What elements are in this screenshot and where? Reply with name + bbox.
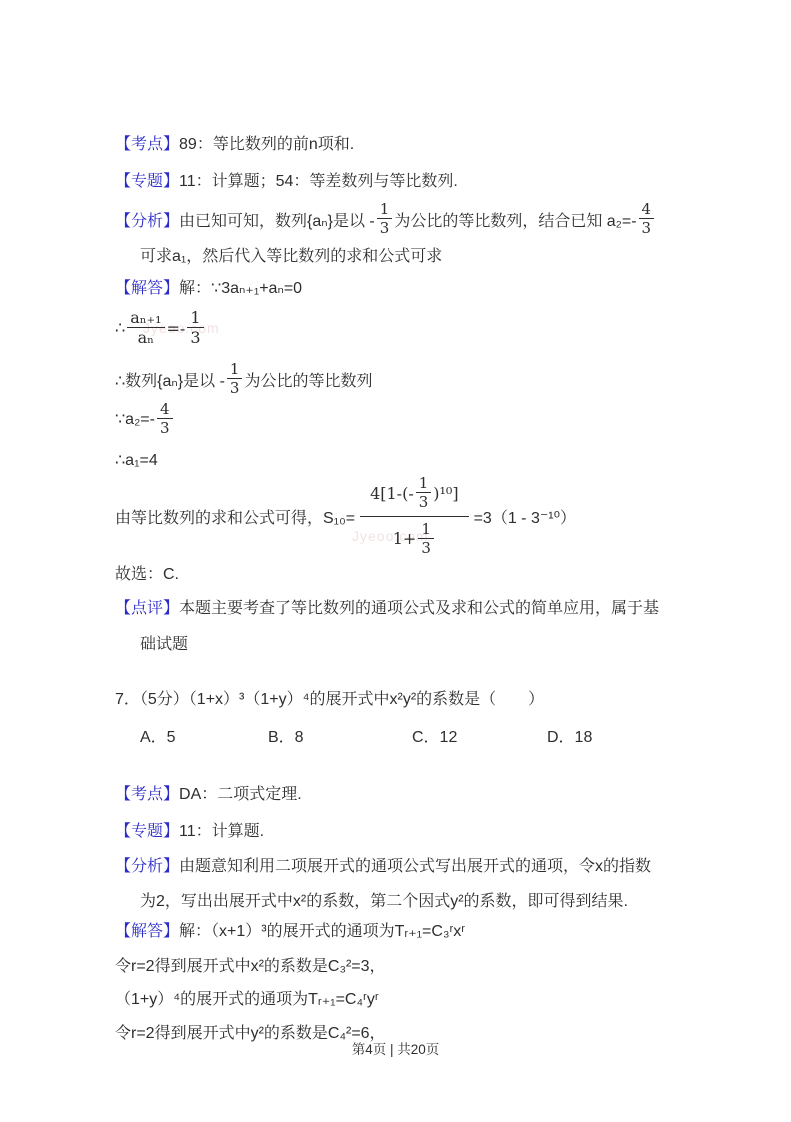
x2-coefficient-text: 令r=2得到展开式中x²的系数是C₃²=3， <box>115 953 386 976</box>
fenxi-label: 【分析】 <box>115 853 179 876</box>
fenxi-label: 【分析】 <box>115 208 179 231</box>
fraction-denominator: 3 <box>190 328 200 347</box>
s10-big-fraction: 4[1-(-13)¹⁰]1+13 <box>360 475 469 557</box>
fraction-an-ratio: aₙ₊₁aₙ <box>127 309 164 348</box>
page-footer: 第4页 | 共20页 <box>0 1038 791 1058</box>
option-b: B．8 <box>268 724 304 747</box>
fenxi-text-2: 为2，写出出展开式中x²的系数，第二个因式y²的系数，即可得到结果. <box>140 888 628 911</box>
fraction-one-third: 13 <box>187 309 203 348</box>
jieda-line-q7: 【解答】解：（x+1）³的展开式的通项为Tᵣ₊₁=C₃ʳxʳ <box>115 918 465 941</box>
kaodian-line-q7: 【考点】DA：二项式定理. <box>115 781 302 804</box>
zhuanti-line-q6: 【专题】11：计算题；54：等差数列与等比数列. <box>115 168 458 191</box>
s10-result-text: =3（1 - 3⁻¹⁰） <box>474 505 576 528</box>
y4-expansion-line: （1+y）⁴的展开式的通项为Tᵣ₊₁=C₄ʳyʳ <box>115 986 379 1009</box>
dianping-line1-q6: 【点评】本题主要考查了等比数列的通项公式及求和公式的简单应用，属于基 <box>115 595 659 618</box>
sequence-text-1: ∴数列{aₙ}是以 - <box>115 368 225 391</box>
y4-expansion-text: （1+y）⁴的展开式的通项为Tᵣ₊₁=C₄ʳyʳ <box>115 986 379 1009</box>
fenxi-text-1: 由题意知利用二项展开式的通项公式写出展开式的通项，令x的指数 <box>179 853 651 876</box>
ratio-formula-line: ∴aₙ₊₁aₙ=-13 <box>115 299 206 357</box>
page-number-text: 第4页 | 共20页 <box>352 1042 440 1057</box>
s10-formula-line: 由等比数列的求和公式可得，S₁₀=4[1-(-13)¹⁰]1+13=3（1 - … <box>115 470 576 562</box>
big-fraction-numerator: 4[1-(-13)¹⁰] <box>360 475 469 517</box>
answer-choice-line-q6: 故选：C. <box>115 561 179 584</box>
fraction-four-thirds: 43 <box>639 201 655 238</box>
option-c: C．12 <box>412 724 457 747</box>
a2-text: ∵a₂=- <box>115 409 155 429</box>
zhuanti-text: 11：计算题. <box>179 818 264 841</box>
fraction-one-third: 13 <box>227 361 243 398</box>
zhuanti-text: 11：计算题；54：等差数列与等比数列. <box>179 168 458 191</box>
question-7-text: 7．（5分）（1+x）³（1+y）⁴的展开式中x²y²的系数是（ ） <box>115 686 544 709</box>
kaodian-text: 89：等比数列的前n项和. <box>179 131 354 154</box>
jieda-label: 【解答】 <box>115 918 179 941</box>
fenxi-text-1: 由已知可知，数列{aₙ}是以 - <box>179 208 375 231</box>
numerator-text-2: )¹⁰] <box>433 484 458 503</box>
s10-lead-text: 由等比数列的求和公式可得，S₁₀= <box>115 505 355 528</box>
fraction-numerator: 1 <box>227 361 243 379</box>
jieda-text: 解：∵3aₙ₊₁+aₙ=0 <box>179 275 302 298</box>
fraction-numerator: 1 <box>416 475 432 493</box>
kaodian-label: 【考点】 <box>115 131 179 154</box>
fenxi-line2-q6: 可求a₁，然后代入等比数列的求和公式可求 <box>140 243 442 266</box>
fraction-denominator: 3 <box>160 419 170 437</box>
dianping-label: 【点评】 <box>115 595 179 618</box>
fraction-one-third: 13 <box>377 201 393 238</box>
big-fraction-denominator: 1+13 <box>393 517 436 558</box>
dianping-text-1: 本题主要考查了等比数列的通项公式及求和公式的简单应用，属于基 <box>179 595 659 618</box>
a1-text: ∴a₁=4 <box>115 450 158 470</box>
fraction-numerator: aₙ₊₁ <box>127 309 164 328</box>
x2-coefficient-line: 令r=2得到展开式中x²的系数是C₃²=3， <box>115 953 386 976</box>
fraction-numerator: 1 <box>377 201 393 219</box>
fraction-one-third: 13 <box>416 475 432 512</box>
fraction-denominator: 3 <box>230 379 240 397</box>
option-d: D．18 <box>547 724 592 747</box>
fraction-one-third: 13 <box>418 521 434 558</box>
fenxi-line1-q7: 【分析】由题意知利用二项展开式的通项公式写出展开式的通项，令x的指数 <box>115 853 651 876</box>
a2-value-line: ∵a₂=-43 <box>115 396 175 442</box>
zhuanti-label: 【专题】 <box>115 168 179 191</box>
jieda-line-q6: 【解答】解：∵3aₙ₊₁+aₙ=0 <box>115 275 302 298</box>
fraction-denominator: 3 <box>380 219 390 237</box>
fraction-numerator: 1 <box>418 521 434 539</box>
a1-value-line: ∴a₁=4 <box>115 450 158 470</box>
fraction-numerator: 4 <box>639 201 655 219</box>
exam-solution-page: Jyeoo.com Jyeoo.com 【考点】89：等比数列的前n项和. 【专… <box>0 0 791 1122</box>
kaodian-text: DA：二项式定理. <box>179 781 302 804</box>
numerator-text-1: 4[1-(- <box>370 484 414 503</box>
fraction-four-thirds: 43 <box>157 401 173 438</box>
jieda-label: 【解答】 <box>115 275 179 298</box>
denominator-text-1: 1+ <box>393 529 417 548</box>
fenxi-text-3: 可求a₁，然后代入等比数列的求和公式可求 <box>140 243 442 266</box>
equals-minus: =- <box>167 319 186 338</box>
fraction-numerator: 4 <box>157 401 173 419</box>
zhuanti-label: 【专题】 <box>115 818 179 841</box>
fenxi-line2-q7: 为2，写出出展开式中x²的系数，第二个因式y²的系数，即可得到结果. <box>140 888 628 911</box>
therefore-symbol: ∴ <box>115 318 125 338</box>
fenxi-line1-q6: 【分析】由已知可知，数列{aₙ}是以 -13为公比的等比数列，结合已知 a₂=-… <box>115 196 656 242</box>
question-7-stem: 7．（5分）（1+x）³（1+y）⁴的展开式中x²y²的系数是（ ） <box>115 686 544 709</box>
zhuanti-line-q7: 【专题】11：计算题. <box>115 818 264 841</box>
option-a: A．5 <box>140 724 176 747</box>
kaodian-line-q6: 【考点】89：等比数列的前n项和. <box>115 131 354 154</box>
fraction-numerator: 1 <box>187 309 203 328</box>
fraction-denominator: 3 <box>642 219 652 237</box>
fraction-denominator: 3 <box>419 493 429 511</box>
jieda-text: 解：（x+1）³的展开式的通项为Tᵣ₊₁=C₃ʳxʳ <box>179 918 465 941</box>
dianping-line2-q6: 础试题 <box>140 631 188 654</box>
sequence-text-2: 为公比的等比数列 <box>244 368 372 391</box>
answer-choice-text: 故选：C. <box>115 561 179 584</box>
fenxi-text-2: 为公比的等比数列，结合已知 a₂=- <box>394 208 636 231</box>
kaodian-label: 【考点】 <box>115 781 179 804</box>
fraction-denominator: aₙ <box>138 328 154 347</box>
fraction-denominator: 3 <box>421 539 431 557</box>
dianping-text-2: 础试题 <box>140 631 188 654</box>
